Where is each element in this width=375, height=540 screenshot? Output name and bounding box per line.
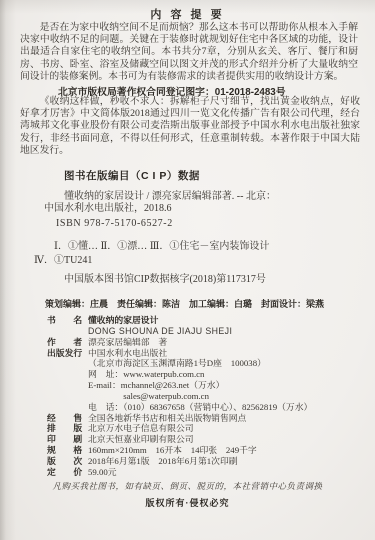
colophon-label: 书 名 [47, 315, 88, 326]
cip-heading: 图书在版编目（C I P）数据 [64, 168, 200, 183]
book-price: 59.00元 [88, 467, 117, 478]
colophon-label [47, 391, 88, 402]
publisher-address: （北京市海淀区玉渊潭南路1号D座 100038） [88, 358, 266, 369]
colophon-row-address: （北京市海淀区玉渊潭南路1号D座 100038） [47, 358, 367, 369]
content-summary-paragraph: 是否在为家中收纳空间不足而烦恼？那么这本书可以帮助你从根本入手解决家中收纳不足的… [20, 22, 358, 83]
cip-record-number: 中国版本图书馆CIP数据核字(2018)第117317号 [64, 274, 266, 286]
copyright-page: { "summary": { "title": "内 容 提 要", "para… [0, 0, 375, 540]
colophon-label: 作 者 [47, 337, 88, 348]
colophon-row-website: 网 址：www.waterpub.com.cn [47, 369, 367, 380]
distribution-info: 全国各地新华书店和相关出版物销售网点 [88, 413, 246, 424]
book-title: 懂收纳的家居设计 [88, 315, 158, 326]
colophon-label: 规 格 [47, 445, 88, 456]
publisher-website: 网 址：www.waterpub.com.cn [88, 369, 204, 380]
publisher-email-1: E-mail：mchannel@263.net（万水） [88, 380, 224, 391]
isbn-line: ISBN 978-7-5170-6527-2 [56, 218, 173, 230]
publisher-phone: 电 话：（010）68367658（营销中心）、82562819（万水） [88, 402, 312, 413]
colophon-row-format: 规 格 160mm×210mm 16开本 14印张 249千字 [47, 445, 367, 456]
colophon-row-phone: 电 话：（010）68367658（营销中心）、82562819（万水） [47, 402, 367, 413]
colophon-row-edition: 版 次 2018年6月第1版 2018年6月第1次印刷 [47, 456, 367, 467]
colophon-label: 定 价 [47, 467, 88, 478]
colophon-row-distribution: 经 售 全国各地新华书店和相关出版物销售网点 [47, 413, 367, 424]
publication-colophon: 书 名 懂收纳的家居设计 DONG SHOUNA DE JIAJU SHEJI … [47, 315, 367, 478]
colophon-row-typesetting: 排 版 北京万水电子信息有限公司 [47, 423, 367, 434]
colophon-row-publisher: 出版发行 中国水利水电出版社 [47, 348, 367, 359]
publisher-email-2: sales@waterpub.com.cn [88, 391, 209, 402]
printing-company: 北京天恒嘉业印刷有限公司 [88, 434, 194, 445]
colophon-label: 出版发行 [47, 348, 88, 359]
cip-classification-line-1: Ⅰ．①懂… Ⅱ．①漂… Ⅲ．①住宅－室内装饰设计 [54, 241, 269, 253]
author-name: 漂亮家居编辑部 著 [88, 337, 167, 348]
colophon-row-pinyin: DONG SHOUNA DE JIAJU SHEJI [47, 326, 367, 337]
colophon-label: 版 次 [47, 456, 88, 467]
colophon-label [47, 358, 88, 369]
colophon-label [47, 402, 88, 413]
cip-entry-line-2: 中国水利水电出版社，2018.6 [44, 203, 172, 215]
content-summary-title: 内 容 提 要 [0, 6, 375, 22]
rights-statement: 版权所有·侵权必究 [0, 496, 375, 509]
colophon-row-price: 定 价 59.00元 [47, 467, 367, 478]
cip-entry-line-1: 懂收纳的家居设计 / 漂亮家居编辑部著. -- 北京： [64, 191, 276, 203]
colophon-label: 经 售 [47, 413, 88, 424]
colophon-label: 印 刷 [47, 434, 88, 445]
colophon-row-author: 作 者 漂亮家居编辑部 著 [47, 337, 367, 348]
cip-classification-line-2: Ⅳ．①TU241 [34, 255, 92, 267]
book-title-pinyin: DONG SHOUNA DE JIAJU SHEJI [88, 326, 232, 337]
typesetting-company: 北京万水电子信息有限公司 [88, 423, 194, 434]
colophon-label: 排 版 [47, 423, 88, 434]
license-statement-paragraph: 《收纳这样做，秒收不求人：拆解柜子尺寸细节，找出黄金收纳点，好收好拿才厉害》中文… [20, 96, 360, 157]
colophon-label [47, 326, 88, 337]
colophon-row-book-title: 书 名 懂收纳的家居设计 [47, 315, 367, 326]
colophon-row-email-2: sales@waterpub.com.cn [47, 391, 367, 402]
edition-info: 2018年6月第1版 2018年6月第1次印刷 [88, 456, 238, 467]
publisher-name: 中国水利水电出版社 [88, 348, 167, 359]
editors-credit-line: 策划编辑：庄晨 责任编辑：陈洁 加工编辑：白璐 封面设计：梁燕 [45, 297, 324, 310]
purchase-exchange-notice: 凡购买我社图书，如有缺页、倒页、脱页的，本社营销中心负责调换 [0, 480, 375, 492]
colophon-label [47, 380, 88, 391]
colophon-row-printing: 印 刷 北京天恒嘉业印刷有限公司 [47, 434, 367, 445]
colophon-row-email-1: E-mail：mchannel@263.net（万水） [47, 380, 367, 391]
book-format-spec: 160mm×210mm 16开本 14印张 249千字 [88, 445, 257, 456]
colophon-label [47, 369, 88, 380]
